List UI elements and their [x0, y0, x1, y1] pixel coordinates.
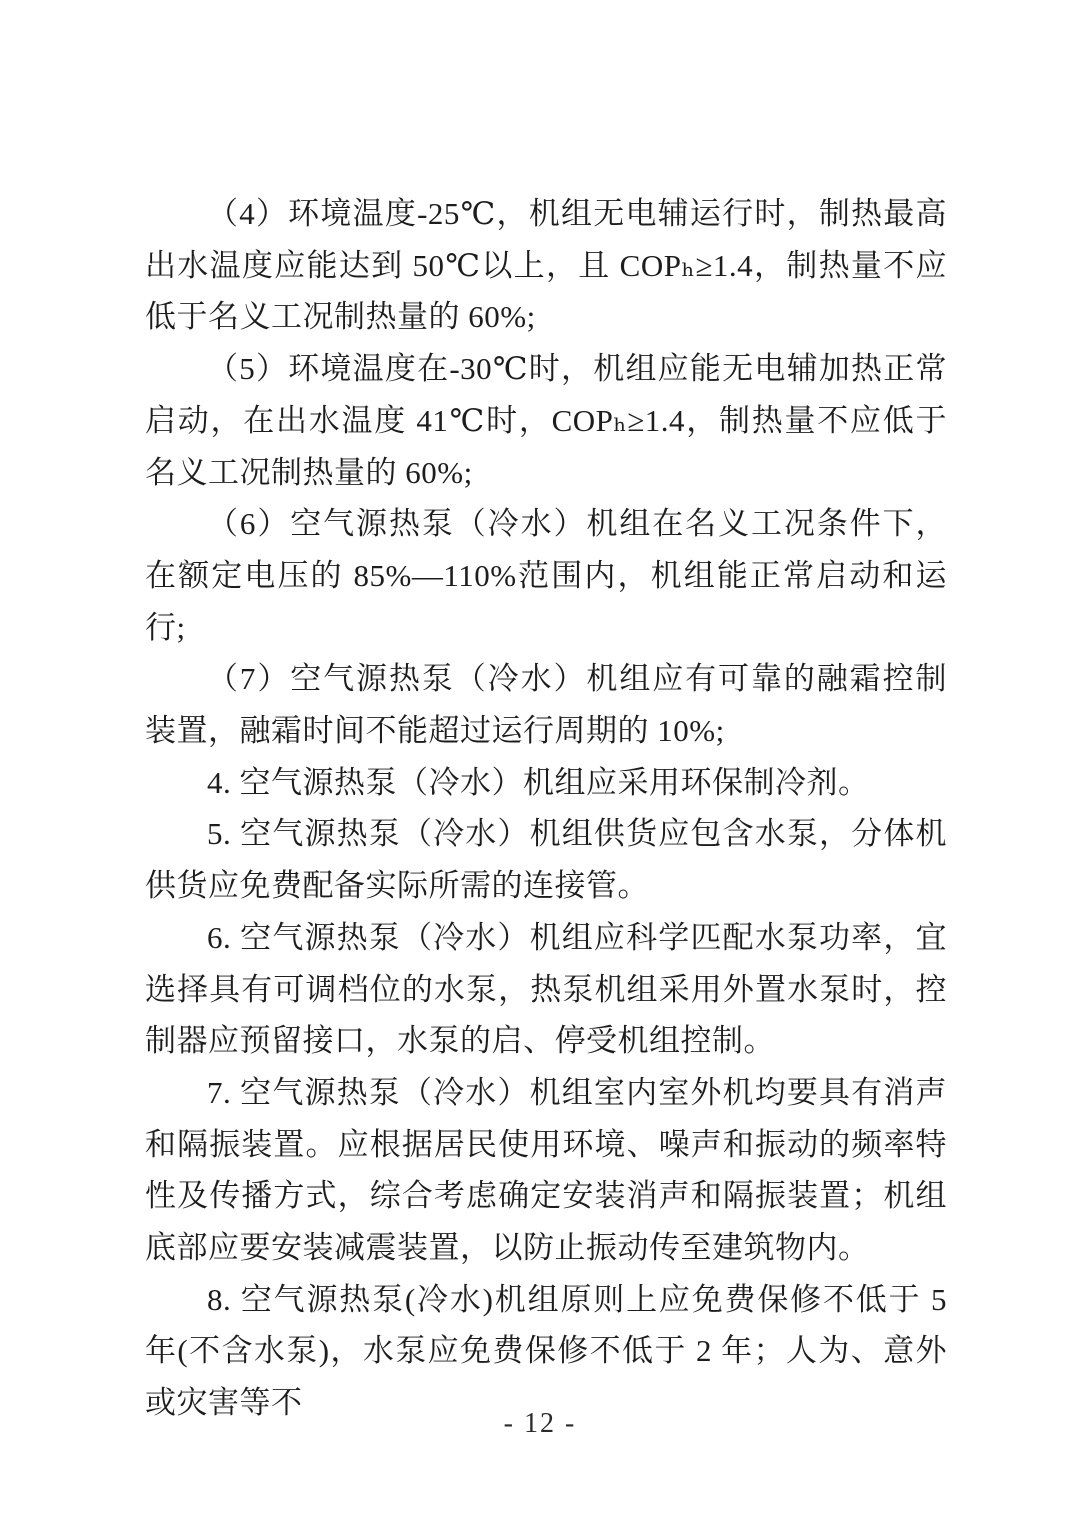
paragraph-clause-7: 7. 空气源热泵（冷水）机组室内室外机均要具有消声和隔振装置。应根据居民使用环境…	[145, 1067, 947, 1274]
document-body: （4）环境温度-25℃，机组无电辅运行时，制热最高出水温度应能达到 50℃以上，…	[145, 188, 947, 1429]
paragraph-clause-6: 6. 空气源热泵（冷水）机组应科学匹配水泵功率，宜选择具有可调档位的水泵，热泵机…	[145, 912, 947, 1067]
paragraph-item-4: （4）环境温度-25℃，机组无电辅运行时，制热最高出水温度应能达到 50℃以上，…	[145, 188, 947, 343]
paragraph-item-5: （5）环境温度在-30℃时，机组应能无电辅加热正常启动，在出水温度 41℃时，C…	[145, 343, 947, 498]
paragraph-item-6: （6）空气源热泵（冷水）机组在名义工况条件下，在额定电压的 85%—110%范围…	[145, 498, 947, 653]
paragraph-item-7: （7）空气源热泵（冷水）机组应有可靠的融霜控制装置，融霜时间不能超过运行周期的 …	[145, 653, 947, 756]
paragraph-clause-4: 4. 空气源热泵（冷水）机组应采用环保制冷剂。	[145, 757, 947, 809]
page-number: - 12 -	[0, 1408, 1080, 1440]
paragraph-clause-8: 8. 空气源热泵(冷水)机组原则上应免费保修不低于 5 年(不含水泵)，水泵应免…	[145, 1274, 947, 1429]
document-page: （4）环境温度-25℃，机组无电辅运行时，制热最高出水温度应能达到 50℃以上，…	[0, 0, 1080, 1527]
paragraph-clause-5: 5. 空气源热泵（冷水）机组供货应包含水泵，分体机供货应免费配备实际所需的连接管…	[145, 808, 947, 911]
